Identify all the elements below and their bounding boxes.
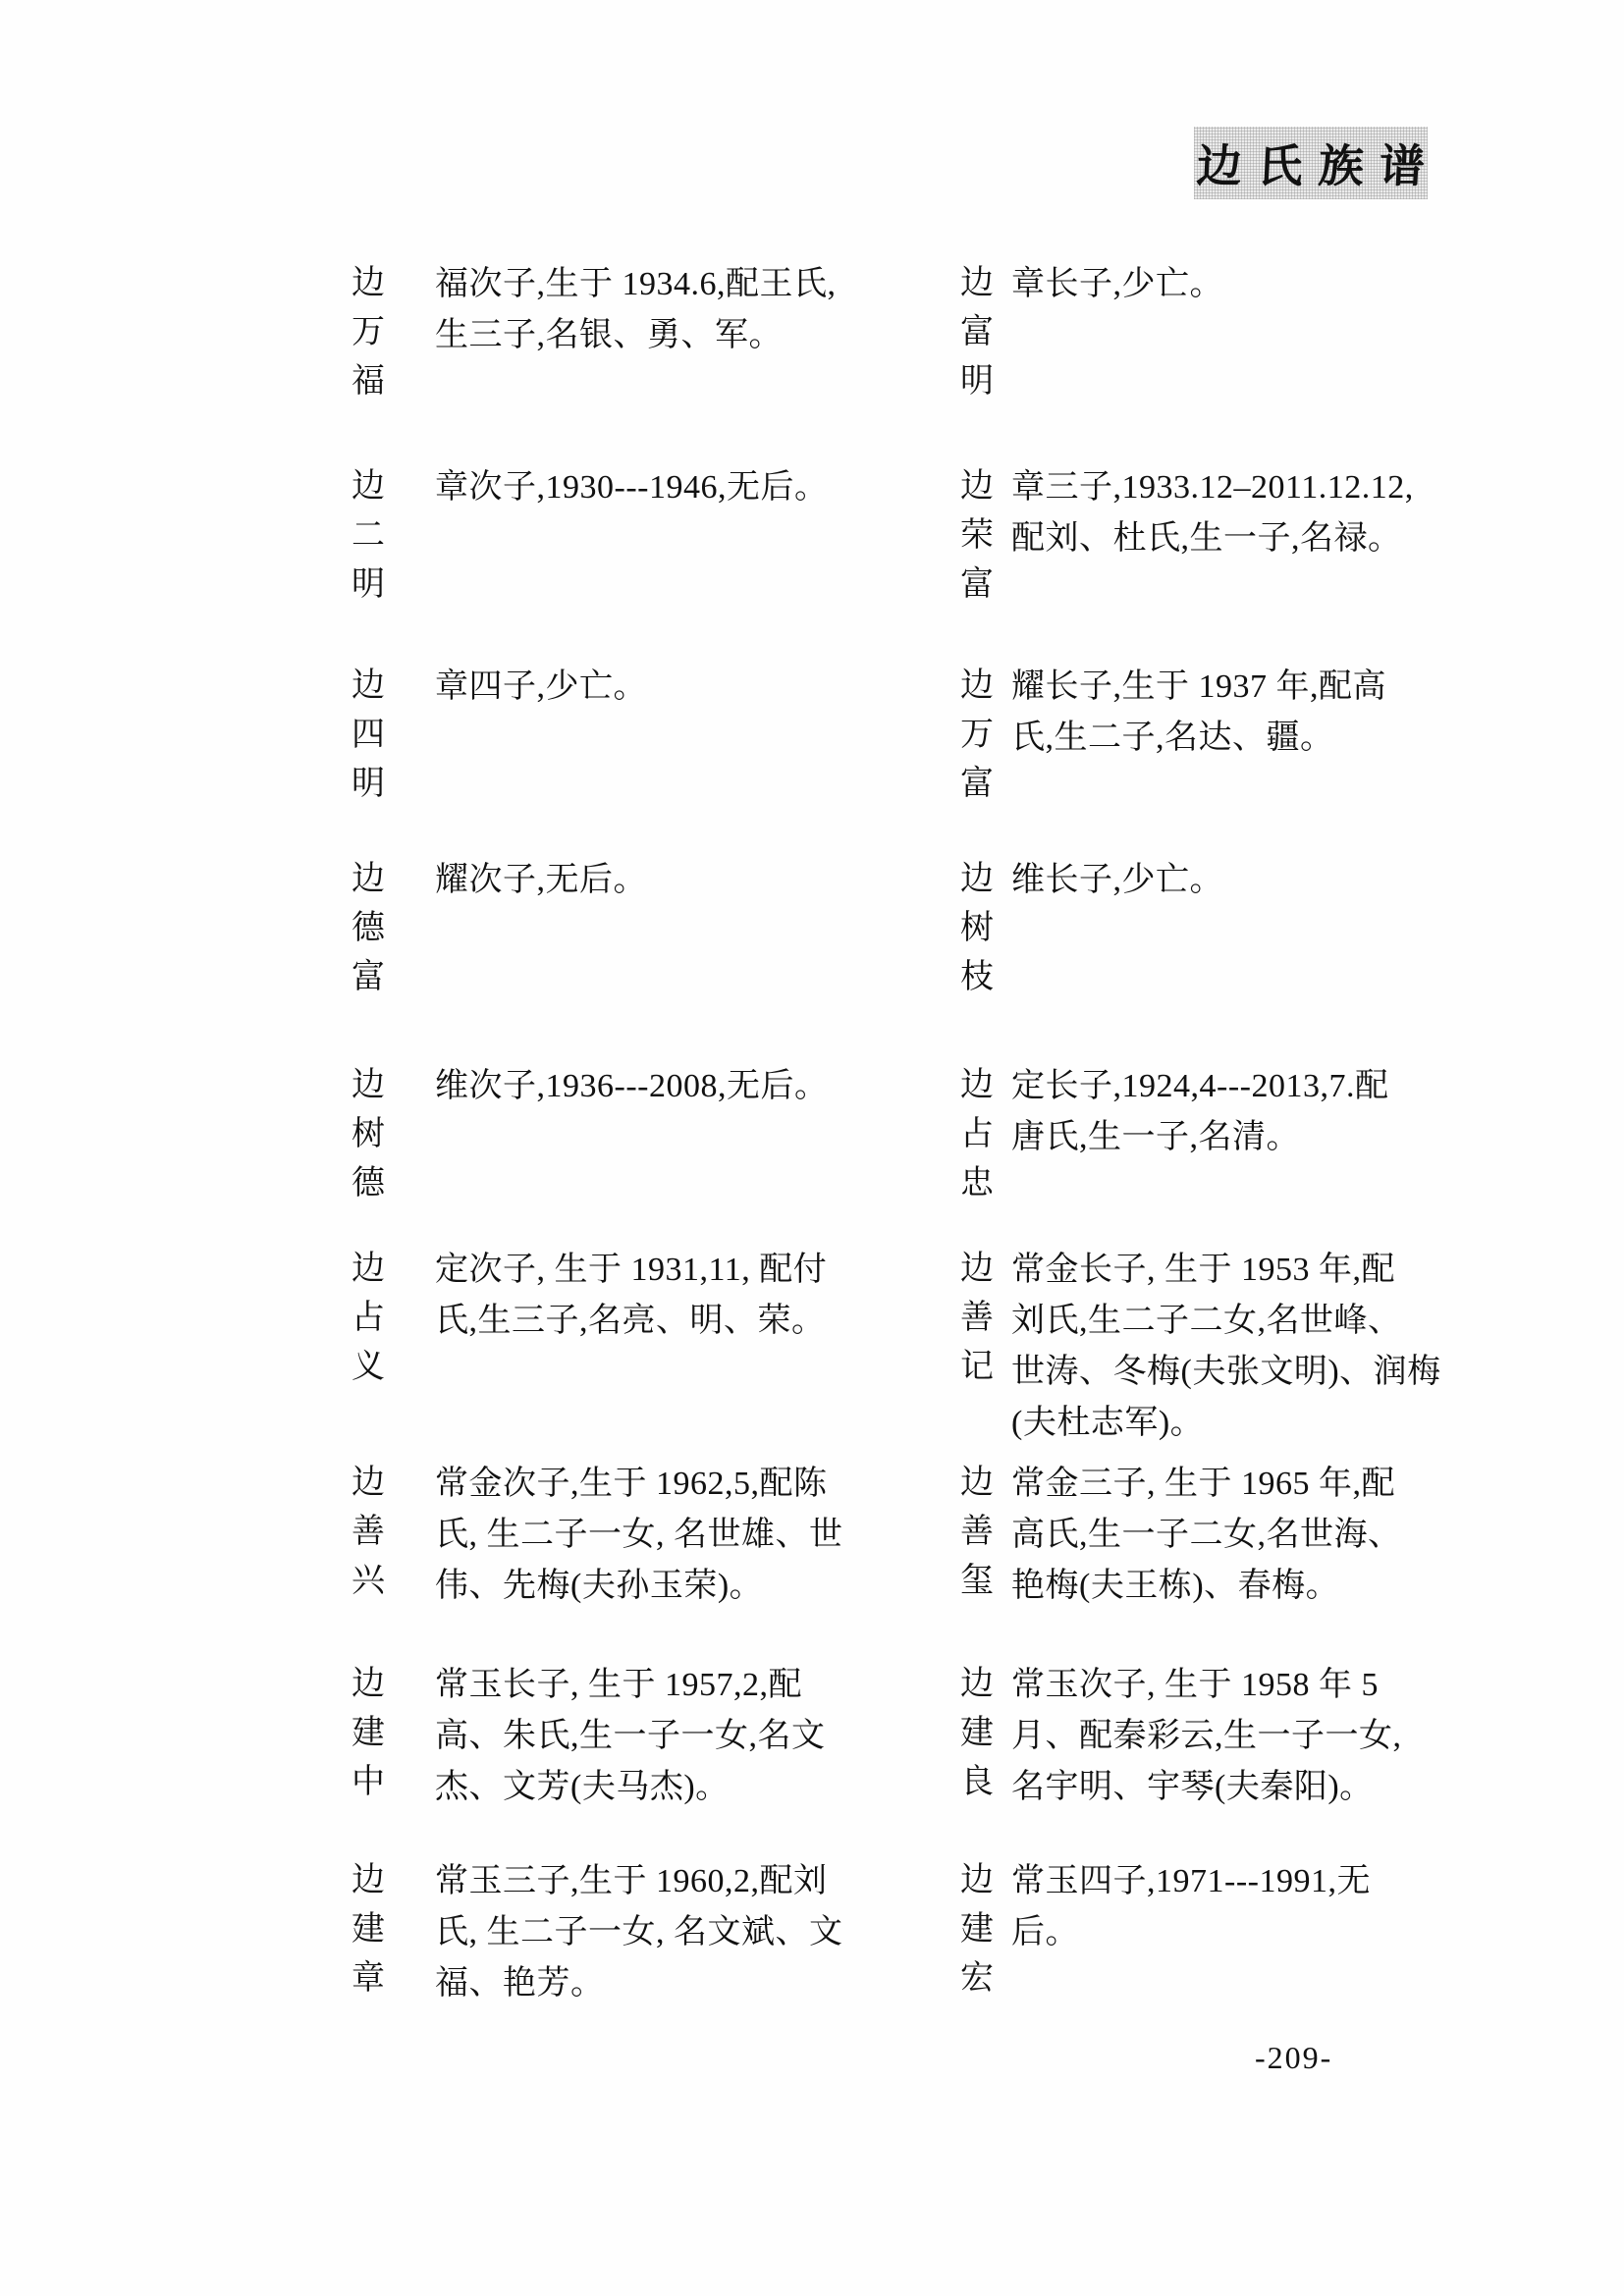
page-header-band: 边氏族谱 <box>1194 127 1428 199</box>
person-name-vertical: 边善玺 <box>960 1459 998 1606</box>
person-record: 章三子,1933.12–2011.12.12, 配刘、杜氏,生一子,名禄。 <box>1011 462 1507 564</box>
person-record: 常玉四子,1971---1991,无 后。 <box>1011 1856 1507 1958</box>
page-number: -209- <box>1255 2040 1332 2076</box>
person-name-vertical: 边建中 <box>352 1660 389 1807</box>
person-record: 维长子,少亡。 <box>1011 855 1507 906</box>
person-record: 耀次子,无后。 <box>435 855 916 906</box>
person-record: 章四子,少亡。 <box>435 662 916 713</box>
person-record: 福次子,生于 1934.6,配王氏, 生三子,名银、勇、军。 <box>435 259 916 361</box>
person-name-vertical: 边占义 <box>352 1245 389 1392</box>
person-name-vertical: 边建章 <box>352 1856 389 2003</box>
genealogy-page: 边氏族谱 边万福 福次子,生于 1934.6,配王氏, 生三子,名银、勇、军。 … <box>0 0 1624 2296</box>
person-name-vertical: 边善兴 <box>352 1459 389 1606</box>
person-name-vertical: 边德富 <box>352 855 389 1002</box>
person-record: 常玉长子, 生于 1957,2,配 高、朱氏,生一子一女,名文 杰、文芳(夫马杰… <box>435 1660 916 1813</box>
person-record: 常金长子, 生于 1953 年,配 刘氏,生二子二女,名世峰、 世涛、冬梅(夫张… <box>1011 1245 1507 1449</box>
person-record: 章长子,少亡。 <box>1011 259 1507 310</box>
person-record: 常金次子,生于 1962,5,配陈 氏, 生二子一女, 名世雄、世 伟、先梅(夫… <box>435 1459 916 1612</box>
person-name-vertical: 边建宏 <box>960 1856 998 2003</box>
person-name-vertical: 边万富 <box>960 662 998 809</box>
person-record: 章次子,1930---1946,无后。 <box>435 462 916 513</box>
person-name-vertical: 边万福 <box>352 259 389 406</box>
person-record: 常金三子, 生于 1965 年,配 高氏,生一子二女,名世海、 艳梅(夫王栋)、… <box>1011 1459 1507 1612</box>
person-record: 维次子,1936---2008,无后。 <box>435 1061 916 1112</box>
person-record: 定长子,1924,4---2013,7.配 唐氏,生一子,名清。 <box>1011 1061 1507 1163</box>
person-name-vertical: 边富明 <box>960 259 998 406</box>
person-record: 耀长子,生于 1937 年,配高 氏,生二子,名达、疆。 <box>1011 662 1507 764</box>
person-name-vertical: 边占忠 <box>960 1061 998 1208</box>
person-name-vertical: 边荣富 <box>960 462 998 610</box>
person-record: 常玉三子,生于 1960,2,配刘 氏, 生二子一女, 名文斌、文 福、艳芳。 <box>435 1856 916 2009</box>
book-title: 边氏族谱 <box>1195 131 1441 195</box>
person-record: 定次子, 生于 1931,11, 配付 氏,生三子,名亮、明、荣。 <box>435 1245 916 1347</box>
person-name-vertical: 边树枝 <box>960 855 998 1002</box>
person-name-vertical: 边善记 <box>960 1245 998 1392</box>
person-name-vertical: 边四明 <box>352 662 389 809</box>
person-name-vertical: 边树德 <box>352 1061 389 1208</box>
person-name-vertical: 边二明 <box>352 462 389 610</box>
person-record: 常玉次子, 生于 1958 年 5 月、配秦彩云,生一子一女, 名宇明、宇琴(夫… <box>1011 1660 1507 1813</box>
person-name-vertical: 边建良 <box>960 1660 998 1807</box>
